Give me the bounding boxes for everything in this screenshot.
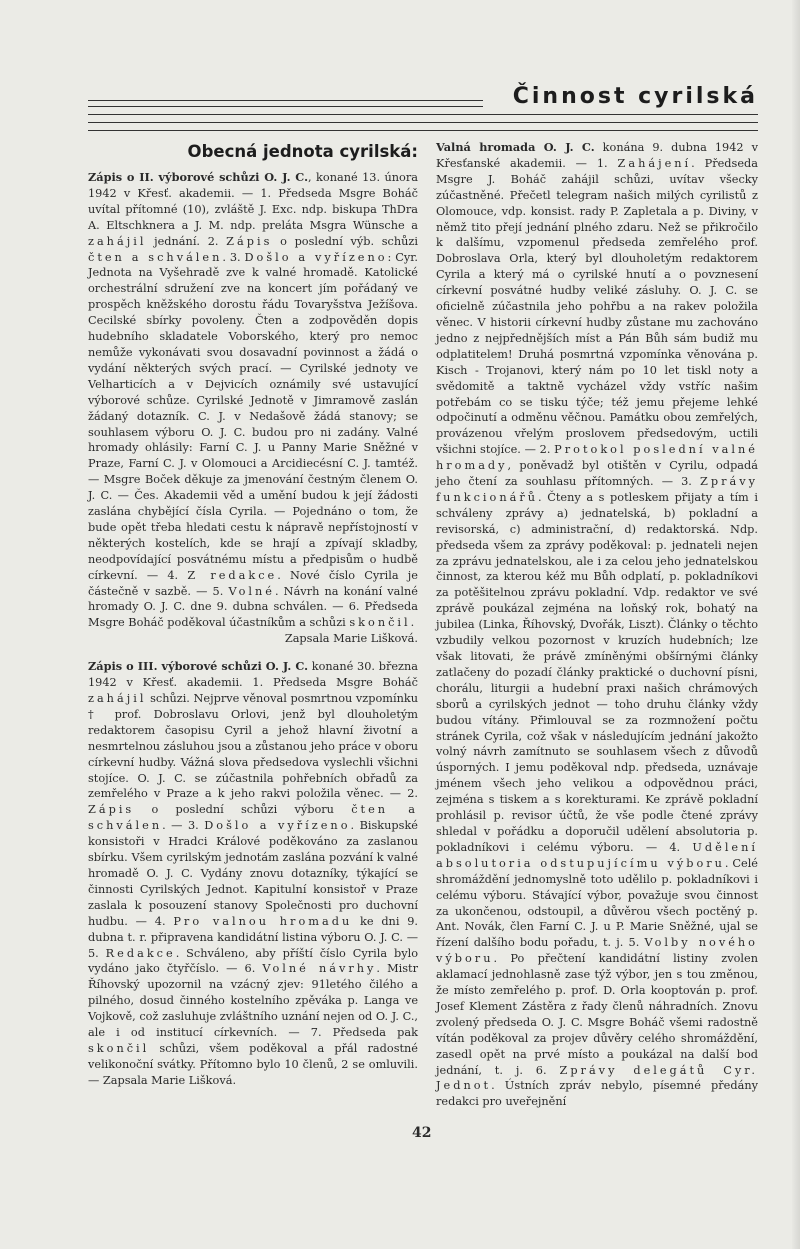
spaced-term: skončil	[88, 1042, 149, 1055]
spaced-term: čten a schválen	[88, 251, 222, 264]
spaced-term: zahájil	[88, 692, 146, 705]
spaced-term: Zápis	[226, 235, 272, 248]
page-header: Činnost cyrilská	[88, 78, 758, 136]
header-rule	[88, 122, 758, 123]
left-column: Obecná jednota cyrilská: Zápis o II. výb…	[88, 140, 418, 1089]
spaced-term: zahájil	[88, 235, 146, 248]
signature: Zapsala Marie Lišková.	[88, 631, 418, 647]
entry-text: . Biskupské konsistoři v Hradci Králové …	[88, 819, 418, 927]
section-title: Obecná jednota cyrilská:	[88, 142, 418, 162]
header-rule	[88, 114, 758, 115]
spaced-term: Redakce	[106, 947, 176, 960]
header-rule	[88, 100, 483, 101]
spaced-term: Došlo a vyřízeno	[204, 819, 350, 832]
spaced-term: skončil	[349, 616, 410, 629]
spaced-term: Došlo a vyřízeno	[245, 251, 388, 264]
entry-text: jednání. 2.	[146, 235, 226, 248]
spaced-term: Zahájení	[617, 157, 691, 170]
header-rule	[88, 130, 758, 131]
minutes-entry-2: Zápis o II. výborové schůzi O. J. C., ko…	[88, 170, 418, 647]
spaced-term: Volné návrhy	[262, 962, 376, 975]
header-title: Činnost cyrilská	[511, 84, 758, 110]
spaced-term: Volné	[228, 585, 275, 598]
entry-heading: Zápis o III. výborové schůzi O. J. C.	[88, 659, 308, 673]
spaced-term: Z redakce	[187, 569, 277, 582]
general-meeting-entry: Valná hromada O. J. C. konána 9. dubna 1…	[436, 140, 758, 1110]
minutes-entry-3: Zápis o III. výborové schůzi O. J. C. ko…	[88, 659, 418, 1088]
entry-text: . Předseda Msgre J. Boháč zahájil schůzi…	[436, 157, 758, 456]
page-edge	[792, 0, 800, 1249]
spaced-term: Zápis	[88, 803, 134, 816]
entry-text: . 3.	[222, 251, 244, 264]
entry-text: schůzi. Nejprve věnoval posmrtnou vzpomí…	[88, 692, 418, 800]
spaced-term: Pro valnou hromadu	[173, 915, 352, 928]
entry-heading: Valná hromada O. J. C.	[436, 140, 595, 154]
entry-text: o poslední schůzi výboru	[134, 803, 351, 816]
header-rule	[88, 106, 483, 107]
entry-text: : Cyr. Jednota na Vyšehradě zve k valné …	[88, 251, 418, 582]
right-column: Valná hromada O. J. C. konána 9. dubna 1…	[436, 140, 758, 1110]
entry-text: . — 3.	[162, 819, 204, 832]
entry-text: . Po přečtení kandidátní listiny zvolen …	[436, 952, 758, 1076]
page-number: 42	[412, 1125, 431, 1141]
entry-text: o poslední výb. schůzi	[272, 235, 418, 248]
entry-text: . Čteny a s potleskem přijaty a tím i sc…	[436, 491, 758, 854]
entry-heading: Zápis o II. výborové schůzi O. J. C.	[88, 170, 308, 184]
entry-text: .	[411, 616, 415, 629]
